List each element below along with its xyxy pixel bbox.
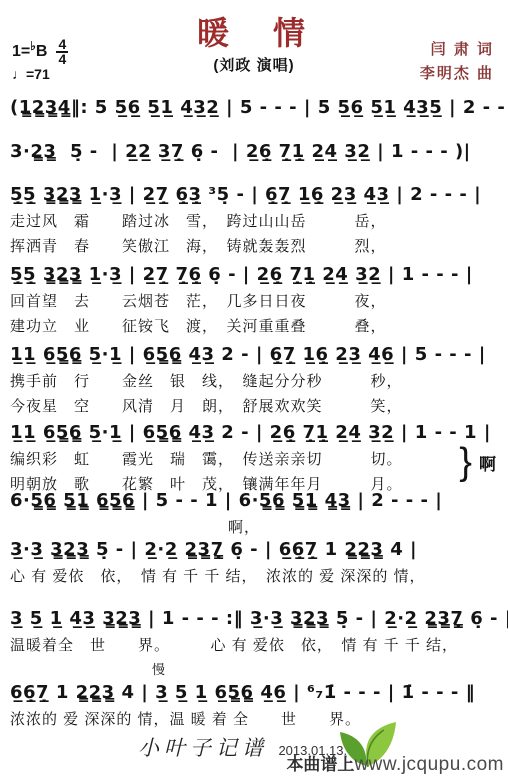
lyric-line: 浓浓的 爱 深深的 情，温 暖 着 全 世 界。 (10, 709, 504, 730)
notation-line: 3·2̳3̳ 5̣ - | 2̲2̲ 3̲7̲̣ 6̣ - | 2̲6̲̣ 7̲… (10, 140, 504, 164)
lyric-line: 啊， (10, 517, 504, 538)
key-prefix: 1= (12, 43, 30, 60)
notation-line: 1̲1̲ 6̲5̳6̳ 5̲·1̲ | 6̲5̳6̳ 4̲3̲ 2 - | 2̲… (10, 421, 504, 445)
notation-line: (1̳2̳3̳4̳‖: 5 5̲6̲ 5̲1̲ 4̲3̲2̲ | 5 - - -… (10, 96, 504, 120)
credits: 闫 肃 词 李明杰 曲 (420, 38, 494, 86)
lyricist-credit: 闫 肃 词 (420, 38, 494, 62)
site-url-text: www.jcqupu.com (354, 754, 504, 775)
score-line-4: 5̲̣5̲̣ 3̳2̳3̳ 1̲·3̲ | 2̲7̲̣ 7̲̣6̲̣ 6̣ - … (10, 263, 504, 337)
lyric-line: 编织彩 虹 霞光 瑞 霭， 传送亲亲切 切。 (10, 449, 504, 470)
time-signature: 44 (56, 38, 68, 66)
lyric-line: 走过风 霜 踏过冰 雪， 跨过山山岳 岳， (10, 211, 504, 232)
lyric-line: 今夜星 空 风清 月 朗， 舒展欢欢笑 笑， (10, 396, 504, 417)
key-signature: 1=♭B44 (12, 38, 68, 66)
transcriber-credit: 小叶子记谱 (138, 736, 268, 760)
notation-line: 6̲6̲̣7̲̣ 1 2̳2̳3̳ 4 | 3̲ 5̲ 1̲ 6̲5̳6̳ 4̲… (10, 681, 504, 705)
notation-line: 5̲̣5̲̣ 3̳2̳3̳ 1̲·3̲ | 2̲7̲̣ 7̲̣6̲̣ 6̣ - … (10, 263, 504, 287)
score-line-2: 3·2̳3̳ 5̣ - | 2̲2̲ 3̲7̲̣ 6̣ - | 2̲6̲̣ 7̲… (10, 140, 504, 164)
notation-line: 3̲ 5̲ 1̲ 4̲3̲ 3̳2̳3̳ | 1 - - - :‖ 3̲·3̲ … (10, 607, 504, 631)
brace: } (459, 443, 472, 481)
key-note: B (36, 43, 48, 60)
sheet-music-page: 暖 情 (刘政 演唱) 闫 肃 词 李明杰 曲 1=♭B44 ♩=71 (1̳2… (0, 0, 508, 778)
lyric-line: 携手前 行 金丝 银 线， 缝起分分秒 秒， (10, 371, 504, 392)
score-line-3: 5̲̣5̲̣ 3̳2̳3̳ 1̲·3̲ | 2̲7̲̣ 6̲̣3̲̣ ³5̣ -… (10, 183, 504, 257)
notation-line: 1̲1̲ 6̲5̳6̳ 5̲·1̲ | 6̲5̳6̳ 4̲3̲ 2 - | 6̲… (10, 343, 504, 367)
meter-denominator: 4 (56, 53, 68, 66)
score-line-1: (1̳2̳3̳4̳‖: 5 5̲6̲ 5̲1̲ 4̲3̲2̲ | 5 - - -… (10, 96, 504, 120)
notation-line: 3̲·3̲ 3̳2̳3̳ 5̣ - | 2̲·2̲ 2̳3̳7̳̣ 6̣ - |… (10, 538, 504, 562)
site-prefix-text: 本曲谱上 (286, 755, 354, 774)
score-line-10: 6̲6̲̣7̲̣ 1 2̳2̳3̳ 4 | 3̲ 5̲ 1̲ 6̲5̳6̳ 4̲… (10, 681, 504, 730)
score-line-5: 1̲1̲ 6̲5̳6̳ 5̲·1̲ | 6̲5̳6̳ 4̲3̲ 2 - | 6̲… (10, 343, 504, 417)
score-line-8: 3̲·3̲ 3̳2̳3̳ 5̣ - | 2̲·2̲ 2̳3̳7̳̣ 6̣ - |… (10, 538, 504, 587)
score-line-9: 3̲ 5̲ 1̲ 4̲3̲ 3̳2̳3̳ | 1 - - - :‖ 3̲·3̲ … (10, 607, 504, 678)
ah-vocable: 啊 (479, 450, 496, 475)
lyric-line: 心 有 爱依 依， 情 有 千 千 结， 浓浓的 爱 深深的 情， (10, 566, 504, 587)
site-watermark: 本曲谱上www.jcqupu.com (286, 750, 504, 776)
composer-credit: 李明杰 曲 (420, 62, 494, 86)
lyric-line: 回首望 去 云烟苍 茫， 几多日日夜 夜， (10, 291, 504, 312)
score-line-6: 1̲1̲ 6̲5̳6̳ 5̲·1̲ | 6̲5̳6̳ 4̲3̲ 2 - | 2̲… (10, 421, 504, 495)
verse-end-annotation: }啊 (459, 443, 496, 481)
notation-line: 6·5̳6̳ 5̳1̳ 6̳5̳6̳ | 5 - - 1 | 6·5̳6̳ 5̳… (10, 489, 504, 513)
lyric-line: 温暖着全 世 界。 心 有 爱依 依， 情 有 千 千 结， (10, 635, 504, 656)
tempo-marking: ♩=71 (12, 66, 50, 82)
tempo-mark-slow: 慢 (10, 659, 504, 678)
notation-line: 5̲̣5̲̣ 3̳2̳3̳ 1̲·3̲ | 2̲7̲̣ 6̲̣3̲̣ ³5̣ -… (10, 183, 504, 207)
lyric-line: 挥洒青 春 笑傲江 海， 铸就轰轰烈 烈， (10, 236, 504, 257)
lyric-line: 建功立 业 征铵飞 渡， 关河重重叠 叠， (10, 316, 504, 337)
score-line-7: 6·5̳6̳ 5̳1̳ 6̳5̳6̳ | 5 - - 1 | 6·5̳6̳ 5̳… (10, 489, 504, 538)
